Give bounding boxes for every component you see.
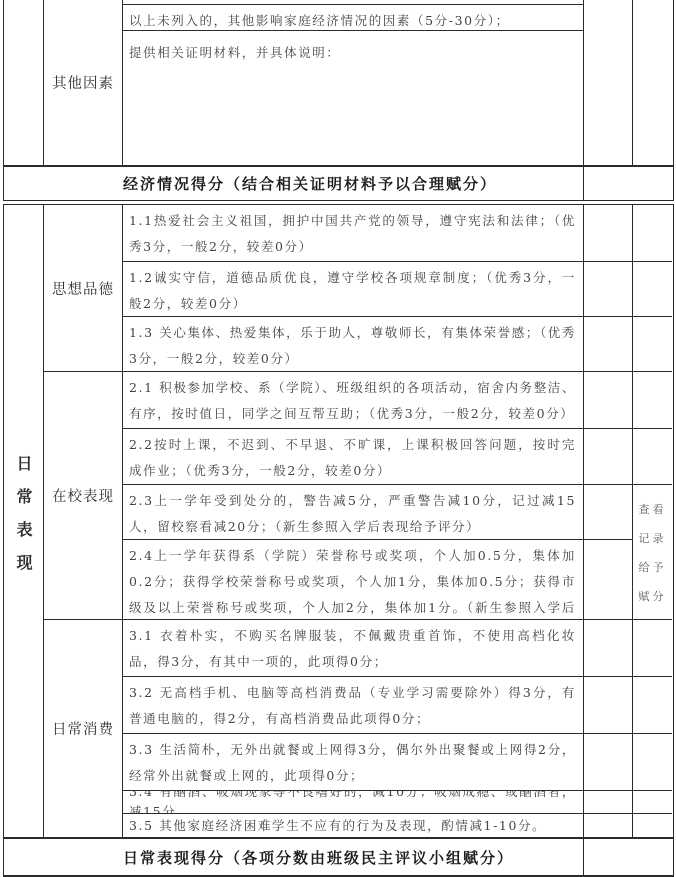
remark-cell-3-1 xyxy=(633,620,672,677)
review-note-line-3: 给予 xyxy=(639,559,667,575)
score-cell-2-3 xyxy=(584,485,633,540)
criteria-2-4: 2.4上一学年获得系（学院）荣誉称号或奖项，个人加0.5分，集体加0.2分；获得… xyxy=(123,540,584,620)
criteria-3-2: 3.2 无高档手机、电脑等高档消费品（专业学习需要除外）得3分，有普通电脑的，得… xyxy=(123,677,584,734)
criteria-1-2: 1.2诚实守信，道德品质优良，遵守学校各项规章制度；（优秀3分，一般2分，较差0… xyxy=(123,262,584,317)
score-cell-1-1 xyxy=(584,205,633,262)
remark-cell-3-2 xyxy=(633,677,672,734)
remark-cell-2-1 xyxy=(633,372,672,429)
group-label-school-performance: 在校表现 xyxy=(44,372,123,620)
score-cell-3-2 xyxy=(584,677,633,734)
score-cell-3-5 xyxy=(584,814,633,837)
criteria-2-2: 2.2按时上课，不迟到、不早退、不旷课，上课积极回答问题，按时完成作业；（优秀3… xyxy=(123,429,584,485)
criteria-3-3: 3.3 生活简朴，无外出就餐或上网得3分，偶尔外出聚餐或上网得2分，经常外出就餐… xyxy=(123,734,584,791)
criteria-1-3: 1.3 关心集体、热爱集体，乐于助人，尊敬师长，有集体荣誉感；（优秀3分，一般2… xyxy=(123,317,584,372)
left-category-cell-empty xyxy=(4,0,44,165)
group-label-ideology: 思想品德 xyxy=(44,205,123,372)
other-factors-criteria-2: 提供相关证明材料，并具体说明： xyxy=(123,31,584,165)
economic-score-blank-cell xyxy=(584,167,672,200)
remark-cell-1-1 xyxy=(633,205,672,262)
daily-score-header: 日常表现得分（各项分数由班级民主评议小组赋分） xyxy=(4,839,584,875)
other-factors-section: 其他因素 以上未列入的，其他影响家庭经济情况的因素（5分-30分）； 提供相关证… xyxy=(3,0,674,166)
remark-cell-1-2 xyxy=(633,262,672,317)
review-note-cell: 查看 记录 给予 赋分 xyxy=(633,485,672,620)
daily-score-row: 日常表现得分（各项分数由班级民主评议小组赋分） xyxy=(3,838,674,876)
review-note-line-2: 记录 xyxy=(639,530,667,546)
daily-performance-side-label-text: 日常表现 xyxy=(12,455,35,587)
daily-performance-side-label: 日常表现 xyxy=(4,205,44,837)
remark-cell-3-4 xyxy=(633,791,672,814)
criteria-1-1: 1.1热爱社会主义祖国，拥护中国共产党的领导，遵守宪法和法律；（优秀3分，一般2… xyxy=(123,205,584,262)
other-factors-criteria-1: 以上未列入的，其他影响家庭经济情况的因素（5分-30分）； xyxy=(123,5,584,31)
score-cell-2-4 xyxy=(584,540,633,620)
criteria-2-1: 2.1 积极参加学校、系（学院）、班级组织的各项活动，宿舍内务整洁、有序，按时值… xyxy=(123,372,584,429)
remark-cell-2-2 xyxy=(633,429,672,485)
other-factors-label: 其他因素 xyxy=(44,0,123,165)
score-cell-3-4 xyxy=(584,791,633,814)
remark-cell-3-5 xyxy=(633,814,672,837)
score-cell-other-factors xyxy=(584,0,633,165)
daily-score-blank-cell xyxy=(584,839,672,875)
remark-cell-other-factors xyxy=(633,0,672,165)
review-note-line-4: 赋分 xyxy=(639,588,667,604)
daily-performance-section: 日常表现 思想品德 在校表现 日常消费 1.1热爱社会主义祖国，拥护中国共产党的… xyxy=(3,204,674,838)
remark-cell-1-3 xyxy=(633,317,672,372)
score-cell-2-2 xyxy=(584,429,633,485)
criteria-2-3: 2.3上一学年受到处分的，警告减5分，严重警告减10分，记过减15人，留校察看减… xyxy=(123,485,584,540)
score-cell-1-3 xyxy=(584,317,633,372)
group-label-daily-consumption: 日常消费 xyxy=(44,620,123,837)
economic-score-header: 经济情况得分（结合相关证明材料予以合理赋分） xyxy=(4,167,584,200)
remark-cell-3-3 xyxy=(633,734,672,791)
criteria-3-1: 3.1 衣着朴实，不购买名牌服装，不佩戴贵重首饰，不使用高档化妆品，得3分，有其… xyxy=(123,620,584,677)
review-note-line-1: 查看 xyxy=(639,501,667,517)
score-cell-3-3 xyxy=(584,734,633,791)
criteria-3-5: 3.5 其他家庭经济困难学生不应有的行为及表现，酌情减1-10分。 xyxy=(123,814,584,837)
evaluation-form-page: 其他因素 以上未列入的，其他影响家庭经济情况的因素（5分-30分）； 提供相关证… xyxy=(0,0,676,877)
criteria-3-4: 3.4 有酗酒、吸烟现象等不良嗜好的，减10分；吸烟成瘾、或酗酒者，减15分。 xyxy=(123,791,584,814)
score-cell-2-1 xyxy=(584,372,633,429)
score-cell-3-1 xyxy=(584,620,633,677)
score-cell-1-2 xyxy=(584,262,633,317)
economic-score-row: 经济情况得分（结合相关证明材料予以合理赋分） xyxy=(3,166,674,201)
